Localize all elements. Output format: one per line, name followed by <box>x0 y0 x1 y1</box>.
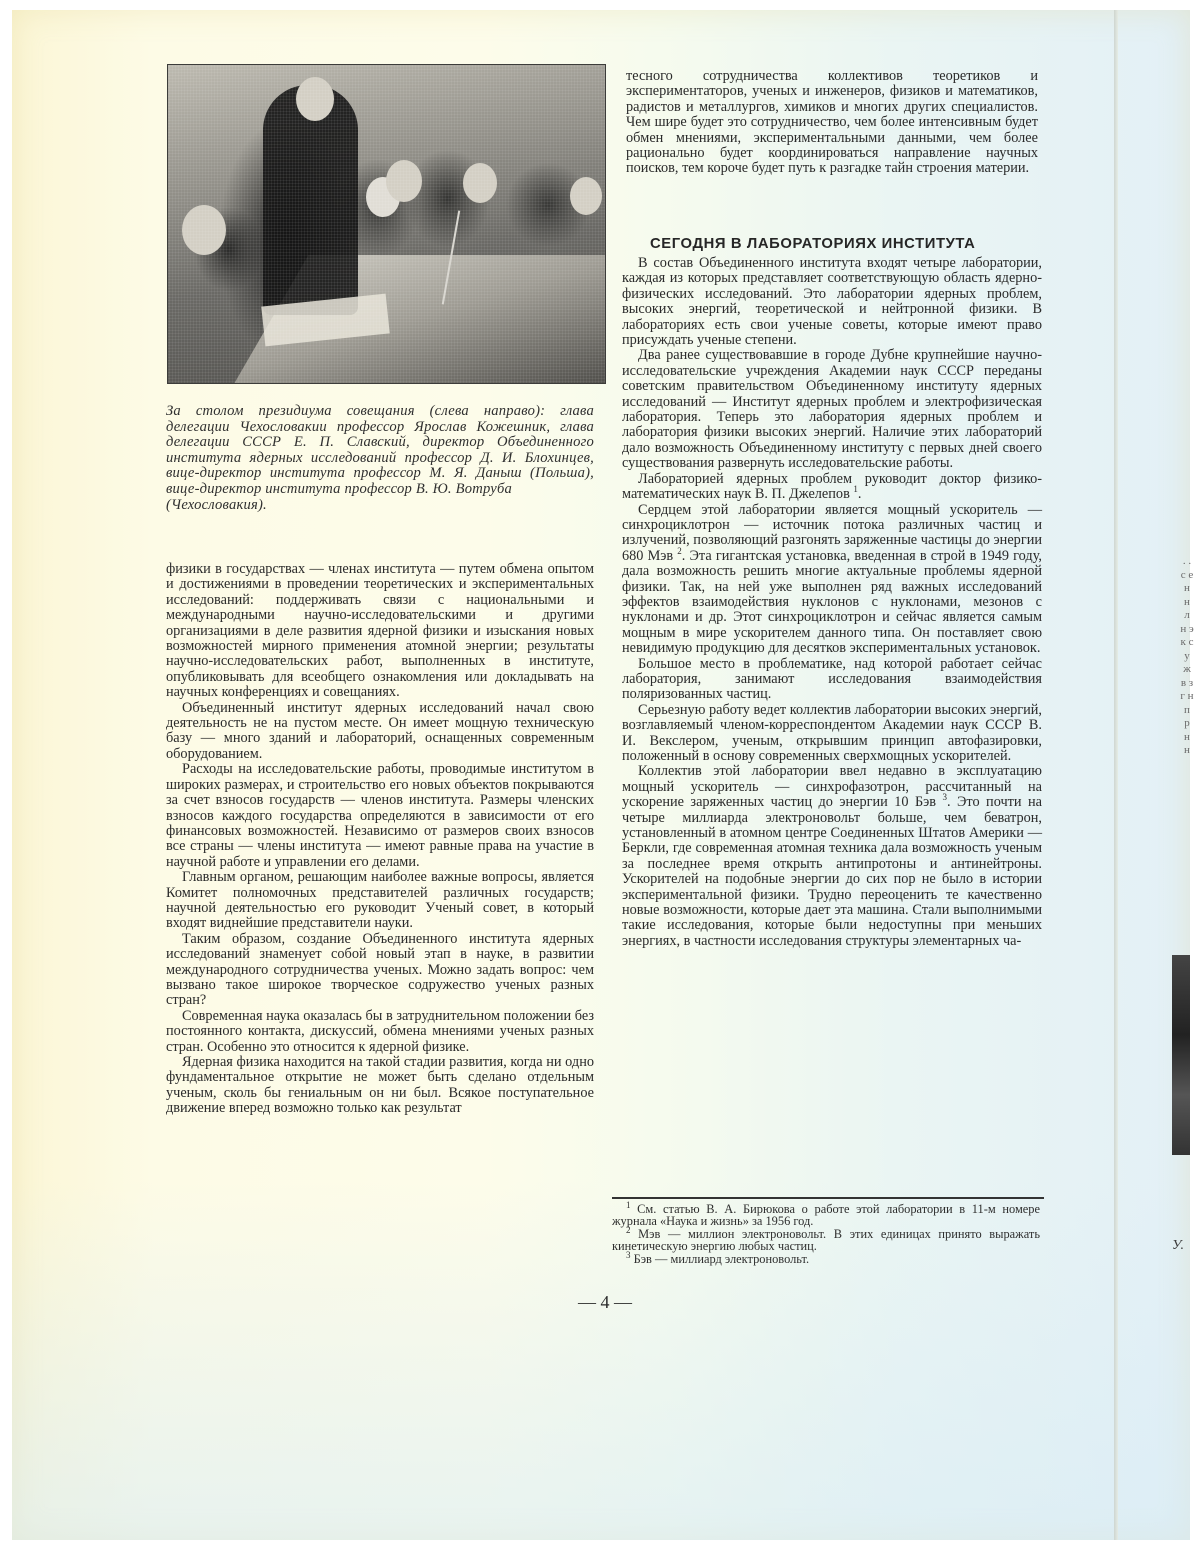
page-number: — 4 — <box>560 1292 650 1313</box>
paragraph: тесного сотрудничества коллективов теоре… <box>626 69 1038 177</box>
footnote-mark: 3 <box>626 1250 631 1260</box>
presidium-photo <box>167 64 606 384</box>
footnote-mark: 2 <box>626 1225 631 1235</box>
adjacent-page-edge-text: . . с е н н л н э к с у ж в з г н п р н … <box>1180 555 1194 758</box>
paragraph: Расходы на исследовательские работы, про… <box>166 762 594 870</box>
footnote-mark: 1 <box>626 1200 631 1210</box>
left-column: физики в государствах — членах института… <box>166 562 594 1117</box>
paragraph: Объединенный институт ядерных исследован… <box>166 701 594 763</box>
footnote-text: См. статью В. А. Бирюкова о работе этой … <box>612 1202 1040 1228</box>
right-column-continuation: тесного сотрудничества коллективов теоре… <box>626 69 1038 177</box>
footnotes: 1 См. статью В. А. Бирюкова о работе это… <box>612 1203 1040 1265</box>
paragraph: Большое место в проблематике, над которо… <box>622 657 1042 703</box>
footnote-text: Мэв — миллион электроновольт. В этих еди… <box>612 1227 1040 1253</box>
paragraph: Главным органом, решающим наиболее важны… <box>166 870 594 932</box>
page-fold-line <box>1114 10 1118 1540</box>
photo-caption: За столом президиума совещания (слева на… <box>166 404 594 513</box>
footnote: 3 Бэв — миллиард электроновольт. <box>612 1253 1040 1265</box>
photo-grain <box>168 65 605 383</box>
footnote-ref[interactable]: 1 <box>853 484 858 494</box>
paragraph: Два ранее существовавшие в городе Дубне … <box>622 348 1042 471</box>
paragraph: Серьезную работу ведет коллектив лаборат… <box>622 703 1042 765</box>
adjacent-page-photo <box>1172 955 1190 1155</box>
footnote-text: Бэв — миллиард электроновольт. <box>634 1252 809 1266</box>
paragraph-text: . Это почти на четыре миллиарда электрон… <box>622 794 1042 949</box>
paragraph: Современная наука оказалась бы в затрудн… <box>166 1009 594 1055</box>
paragraph: Лабораторией ядерных проблем руководит д… <box>622 472 1042 503</box>
paragraph: физики в государствах — членах института… <box>166 562 594 701</box>
footnote: 1 См. статью В. А. Бирюкова о работе это… <box>612 1203 1040 1228</box>
caption-body: За столом президиума совещания (слева на… <box>166 403 594 497</box>
caption-last-line: (Чехословакия). <box>166 498 594 514</box>
adjacent-page-caption: У. <box>1172 1238 1184 1254</box>
paragraph: Сердцем этой лаборатории является мощный… <box>622 503 1042 657</box>
right-column: В состав Объединенного института входят … <box>622 256 1042 949</box>
section-heading: СЕГОДНЯ В ЛАБОРАТОРИЯХ ИНСТИТУТА <box>650 236 975 252</box>
paragraph-text: Лабораторией ядерных проблем руководит д… <box>622 471 1042 502</box>
footnote-divider <box>612 1197 1044 1199</box>
paragraph: В состав Объединенного института входят … <box>622 256 1042 348</box>
paragraph: Ядерная физика находится на такой стадии… <box>166 1055 594 1117</box>
paragraph: Таким образом, создание Объединенного ин… <box>166 932 594 1009</box>
footnote: 2 Мэв — миллион электроновольт. В этих е… <box>612 1228 1040 1253</box>
paragraph-text: . Эта гигантская установка, введенная в … <box>622 548 1042 656</box>
paragraph: Коллектив этой лаборатории ввел недавно … <box>622 764 1042 949</box>
